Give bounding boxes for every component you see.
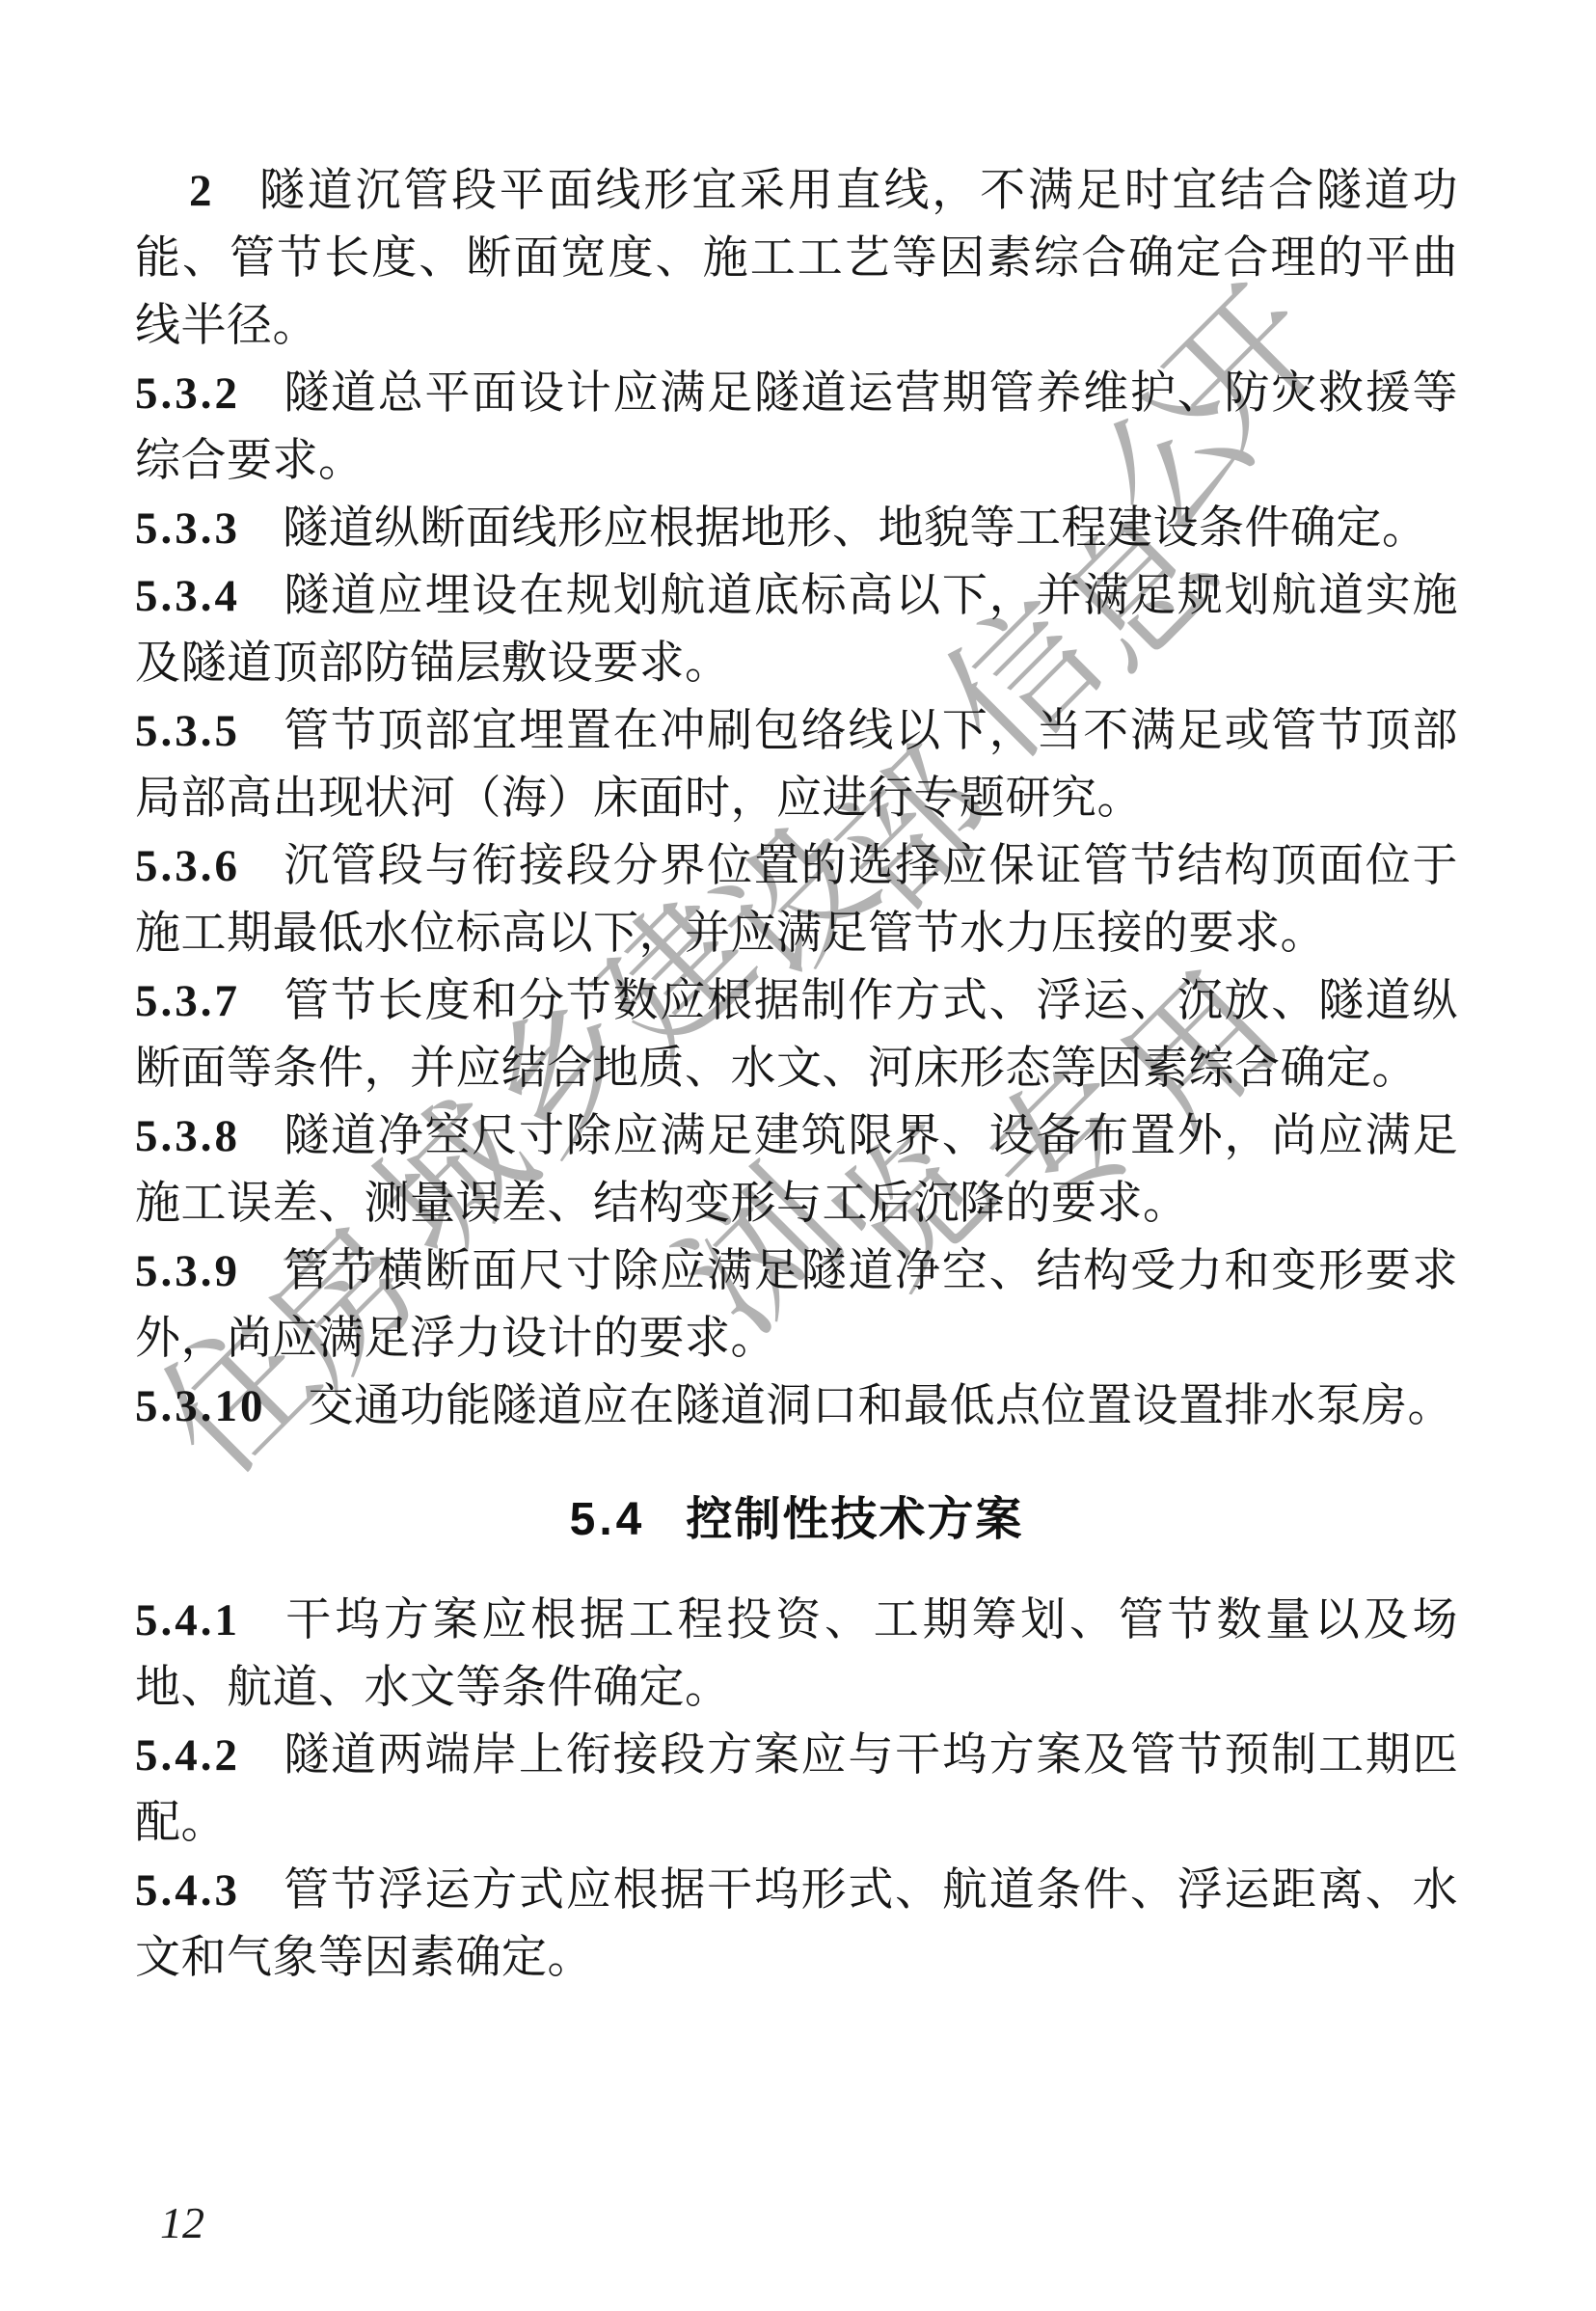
clause-number: 5.3.10 bbox=[135, 1381, 266, 1431]
clause-text: 干坞方案应根据工程投资、工期筹划、管节数量以及场地、航道、水文等条件确定。 bbox=[135, 1595, 1458, 1713]
clause-2: 2隧道沉管段平面线形宜采用直线，不满足时宜结合隧道功能、管节长度、断面宽度、施工… bbox=[135, 157, 1458, 360]
clause-text: 隧道总平面设计应满足隧道运营期管养维护、防灾救援等综合要求。 bbox=[135, 368, 1458, 486]
clause-text: 管节长度和分节数应根据制作方式、浮运、沉放、隧道纵断面等条件，并应结合地质、水文… bbox=[135, 976, 1458, 1094]
section-number: 5.4 bbox=[570, 1494, 646, 1545]
clause-number: 5.4.1 bbox=[135, 1595, 240, 1645]
clause-number: 5.3.4 bbox=[135, 571, 240, 621]
clause-5.3.10: 5.3.10交通功能隧道应在隧道洞口和最低点位置设置排水泵房。 bbox=[135, 1373, 1458, 1440]
clause-number: 5.3.8 bbox=[135, 1111, 240, 1161]
clause-5.3.3: 5.3.3隧道纵断面线形应根据地形、地貌等工程建设条件确定。 bbox=[135, 495, 1458, 562]
section-title: 控制性技术方案 bbox=[686, 1494, 1023, 1545]
clause-text: 隧道应埋设在规划航道底标高以下，并满足规划航道实施及隧道顶部防锚层敷设要求。 bbox=[135, 571, 1458, 689]
clause-number: 5.3.2 bbox=[135, 368, 240, 419]
clause-5.4.3: 5.4.3管节浮运方式应根据干坞形式、航道条件、浮运距离、水文和气象等因素确定。 bbox=[135, 1857, 1458, 1992]
clause-text: 隧道净空尺寸除应满足建筑限界、设备布置外，尚应满足施工误差、测量误差、结构变形与… bbox=[135, 1111, 1458, 1229]
clause-5.4.2: 5.4.2隧道两端岸上衔接段方案应与干坞方案及管节预制工期匹配。 bbox=[135, 1722, 1458, 1857]
clause-text: 沉管段与衔接段分界位置的选择应保证管节结构顶面位于施工期最低水位标高以下，并应满… bbox=[135, 841, 1458, 959]
clause-text: 隧道两端岸上衔接段方案应与干坞方案及管节预制工期匹配。 bbox=[135, 1730, 1458, 1848]
clause-text: 隧道纵断面线形应根据地形、地貌等工程建设条件确定。 bbox=[283, 503, 1428, 554]
clause-number: 2 bbox=[189, 166, 215, 216]
document-page: 住房城乡建设部信息公开浏览专用 2隧道沉管段平面线形宜采用直线，不满足时宜结合隧… bbox=[0, 0, 1596, 2311]
clause-5.3.7: 5.3.7管节长度和分节数应根据制作方式、浮运、沉放、隧道纵断面等条件，并应结合… bbox=[135, 967, 1458, 1102]
clause-5.4.1: 5.4.1干坞方案应根据工程投资、工期筹划、管节数量以及场地、航道、水文等条件确… bbox=[135, 1587, 1458, 1722]
section-heading: 5.4控制性技术方案 bbox=[135, 1486, 1458, 1554]
document-body: 2隧道沉管段平面线形宜采用直线，不满足时宜结合隧道功能、管节长度、断面宽度、施工… bbox=[135, 157, 1458, 1992]
clause-5.3.4: 5.3.4隧道应埋设在规划航道底标高以下，并满足规划航道实施及隧道顶部防锚层敷设… bbox=[135, 562, 1458, 697]
clause-text: 隧道沉管段平面线形宜采用直线，不满足时宜结合隧道功能、管节长度、断面宽度、施工工… bbox=[135, 166, 1458, 351]
clause-number: 5.4.3 bbox=[135, 1865, 240, 1916]
page-number: 12 bbox=[160, 2197, 204, 2248]
clause-number: 5.4.2 bbox=[135, 1730, 240, 1781]
clause-text: 管节横断面尺寸除应满足隧道净空、结构受力和变形要求外，尚应满足浮力设计的要求。 bbox=[135, 1246, 1458, 1364]
clause-5.3.6: 5.3.6沉管段与衔接段分界位置的选择应保证管节结构顶面位于施工期最低水位标高以… bbox=[135, 832, 1458, 967]
clause-number: 5.3.7 bbox=[135, 976, 240, 1026]
clause-5.3.5: 5.3.5管节顶部宜埋置在冲刷包络线以下，当不满足或管节顶部局部高出现状河（海）… bbox=[135, 697, 1458, 832]
clause-text: 管节浮运方式应根据干坞形式、航道条件、浮运距离、水文和气象等因素确定。 bbox=[135, 1865, 1458, 1983]
clause-5.3.9: 5.3.9管节横断面尺寸除应满足隧道净空、结构受力和变形要求外，尚应满足浮力设计… bbox=[135, 1237, 1458, 1373]
clause-5.3.2: 5.3.2隧道总平面设计应满足隧道运营期管养维护、防灾救援等综合要求。 bbox=[135, 360, 1458, 495]
clause-number: 5.3.9 bbox=[135, 1246, 240, 1296]
clause-5.3.8: 5.3.8隧道净空尺寸除应满足建筑限界、设备布置外，尚应满足施工误差、测量误差、… bbox=[135, 1102, 1458, 1237]
clause-number: 5.3.6 bbox=[135, 841, 240, 891]
clause-number: 5.3.3 bbox=[135, 503, 240, 554]
clause-number: 5.3.5 bbox=[135, 706, 240, 756]
clause-text: 管节顶部宜埋置在冲刷包络线以下，当不满足或管节顶部局部高出现状河（海）床面时，应… bbox=[135, 706, 1458, 824]
clause-text: 交通功能隧道应在隧道洞口和最低点位置设置排水泵房。 bbox=[309, 1381, 1454, 1431]
